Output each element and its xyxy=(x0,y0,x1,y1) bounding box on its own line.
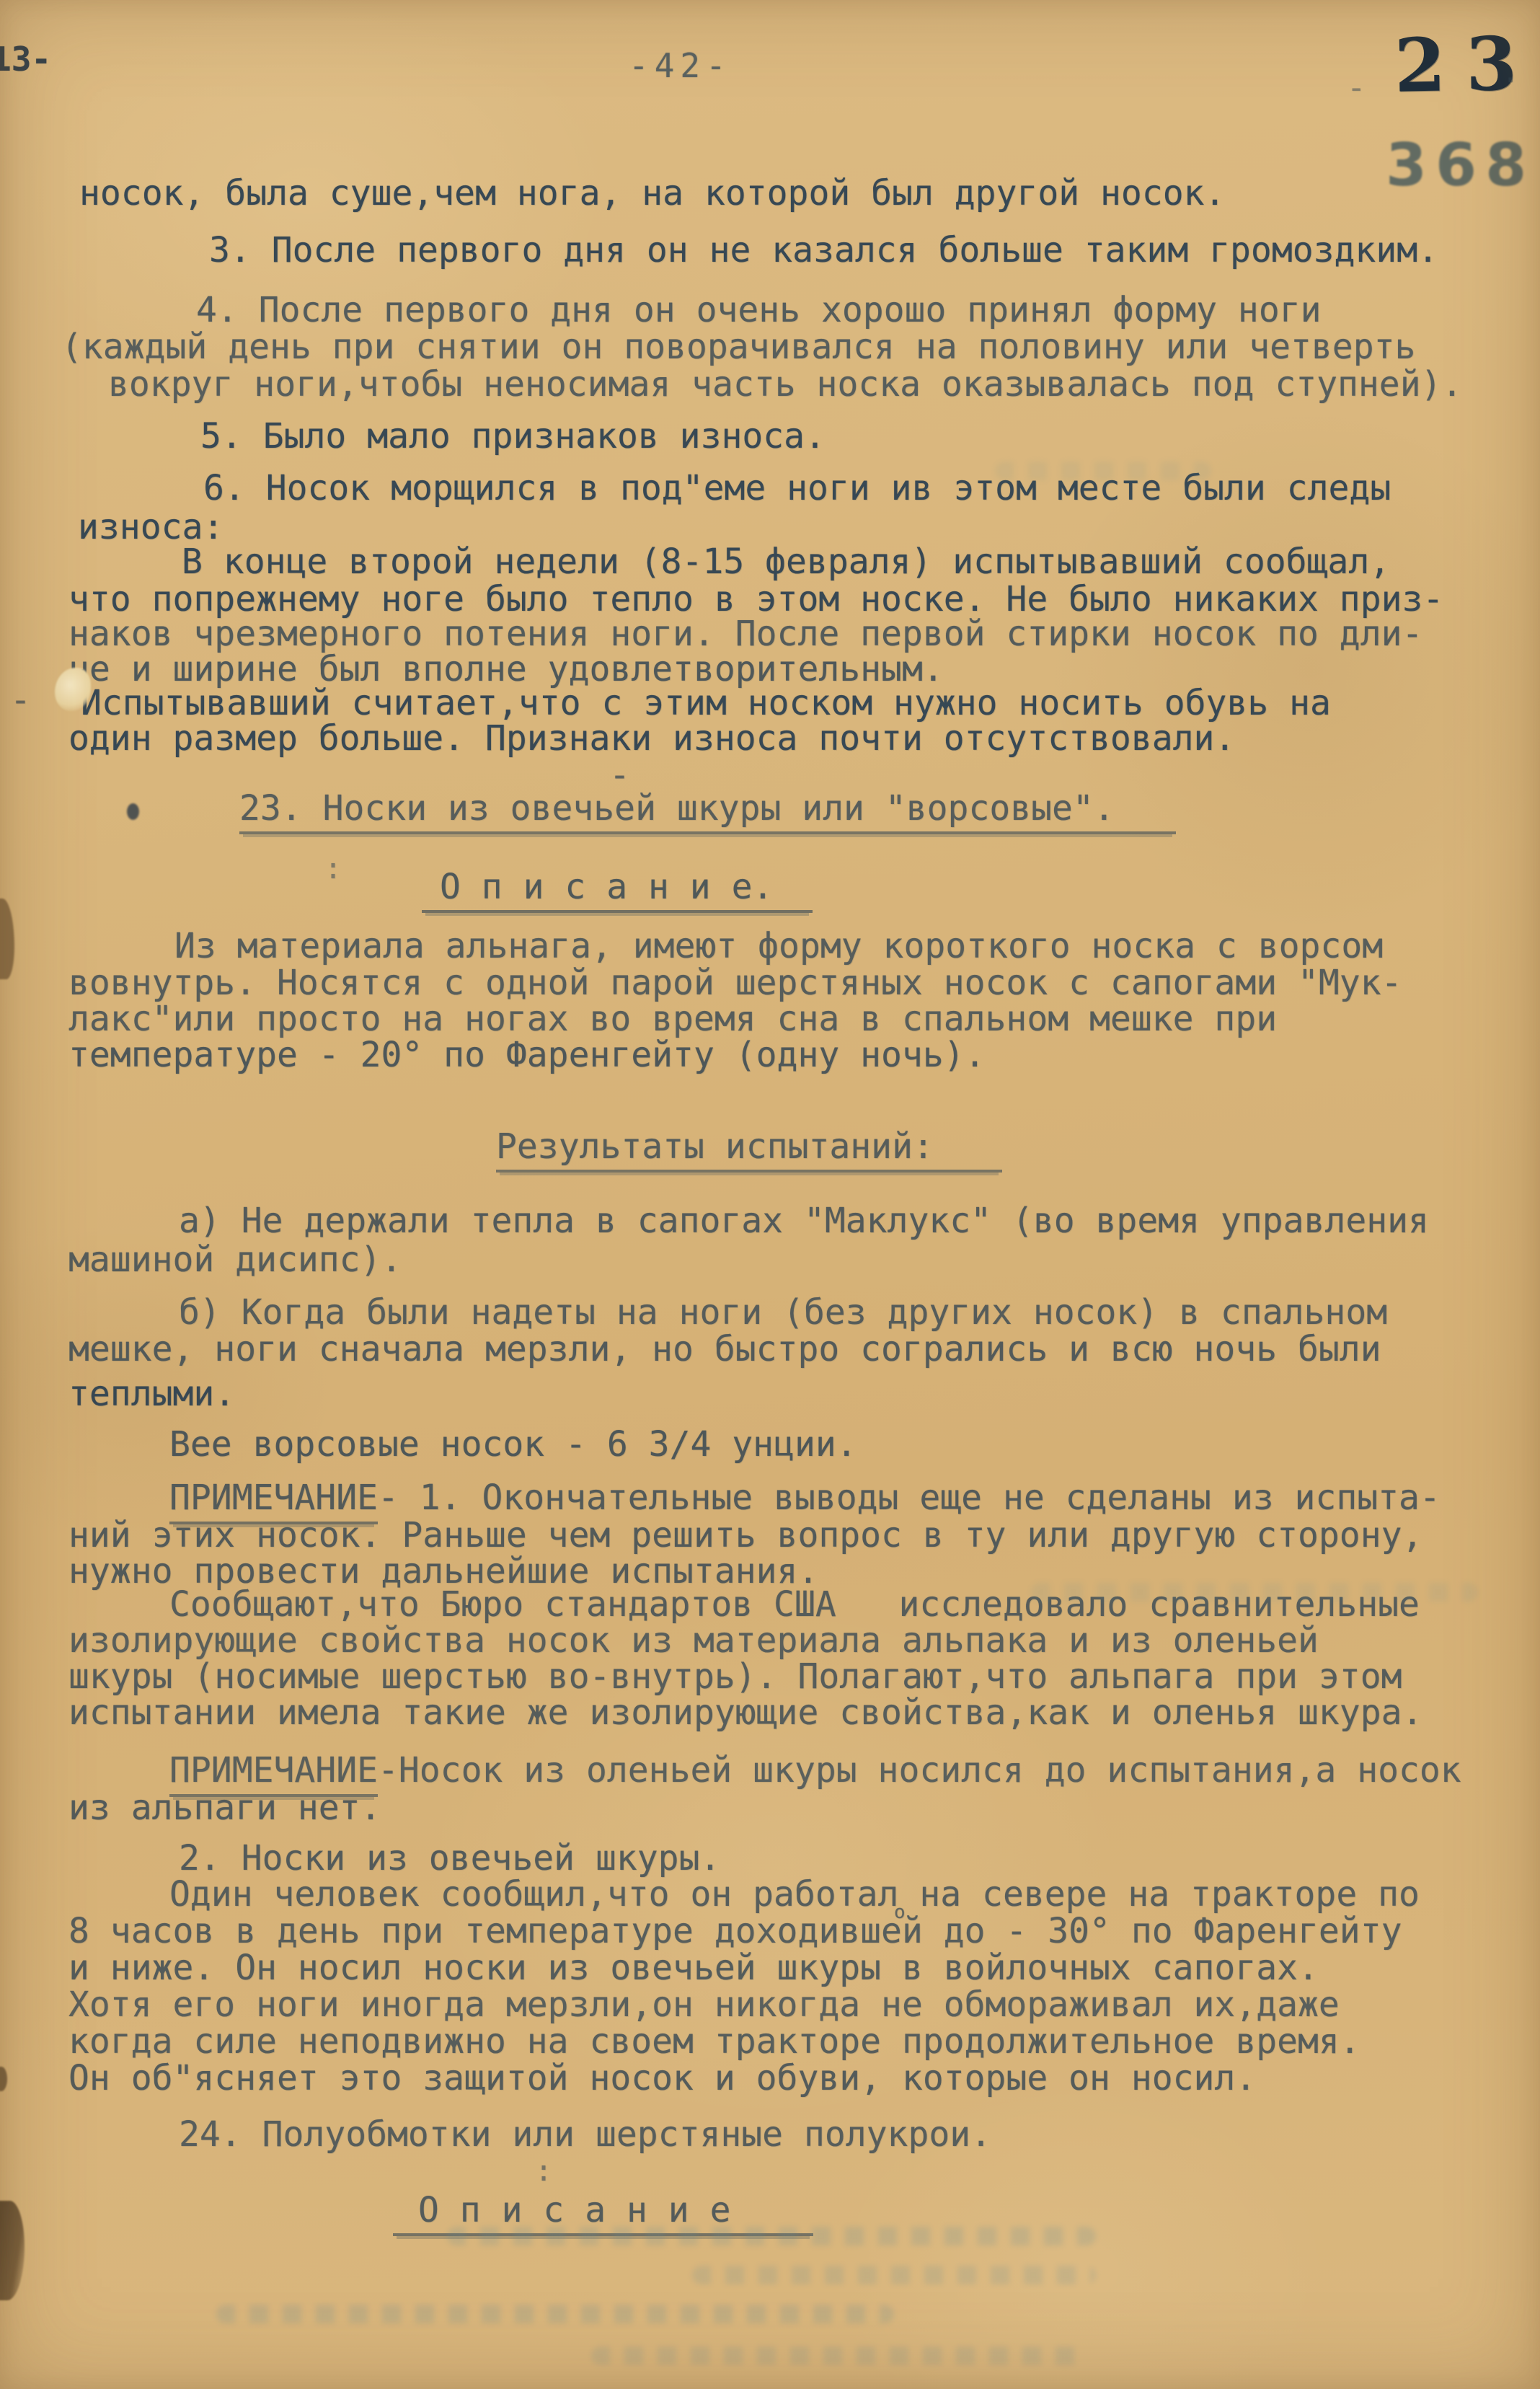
text-line: наков чрезмерного потения ноги. После пе… xyxy=(68,616,1422,653)
text-line: : xyxy=(535,2156,552,2187)
bleed-through-text xyxy=(216,2305,894,2323)
text-line: шкуры (носимые шерстью во-внутрь). Полаг… xyxy=(68,1659,1402,1696)
text-line: вокруг ноги,чтобы неносимая часть носка … xyxy=(108,366,1462,404)
text-line: из альпаги нет. xyxy=(68,1790,381,1827)
text-line: а) Не держали тепла в сапогах "Маклукс" … xyxy=(179,1203,1429,1240)
text-line: и ниже. Он носил носки из овечьей шкуры … xyxy=(68,1950,1319,1987)
text-line: когда силе неподвижно на своем тракторе … xyxy=(68,2023,1360,2061)
text-line: один размер больше. Признаки износа почт… xyxy=(68,720,1235,758)
text-line: ПРИМЕЧАНИЕ-Носок из оленьей шкуры носилс… xyxy=(169,1752,1461,1790)
text-line: : xyxy=(324,854,342,885)
text-line: испытании имела такие же изолирующие сво… xyxy=(68,1695,1422,1732)
text-line: 5. Было мало признаков износа. xyxy=(200,418,826,456)
text-line: Вее ворсовые носок - 6 3/4 унции. xyxy=(169,1426,857,1464)
torn-edge xyxy=(0,898,14,979)
text-line: Хотя его ноги иногда мерзли,он никогда н… xyxy=(68,1987,1340,2024)
bleed-through-text xyxy=(591,2346,1081,2365)
text-line: 8 часов в день при температуре доходивше… xyxy=(68,1913,1402,1951)
text-line: изолирующие свойства носок из материала … xyxy=(68,1622,1319,1660)
text-line: вовнутрь. Носятся с одной парой шерстяны… xyxy=(68,965,1402,1002)
text-line: носок, была суше,чем нога, на которой бы… xyxy=(79,175,1225,213)
text-line: Результаты испытаний: xyxy=(496,1129,1002,1173)
text-line: лакс"или просто на ногах во время сна в … xyxy=(68,1001,1277,1038)
text-line: температуре - 20° по Фаренгейту (одну но… xyxy=(68,1037,986,1074)
bleed-through-text xyxy=(692,2266,1096,2284)
text-line: О п и с а н и е. xyxy=(422,869,813,913)
text-line: 4. После первого дня он очень хорошо при… xyxy=(196,292,1322,330)
text-line: 3. После первого дня он не казался больш… xyxy=(209,232,1438,270)
text-line: 24. Полуобмотки или шерстяные полукрои. xyxy=(179,2116,991,2154)
text-line: О п и с а н и е xyxy=(393,2192,813,2236)
text-line: Испытывавший считает,что с этим носком н… xyxy=(81,685,1331,723)
text-line: В конце второй недели (8-15 февраля) исп… xyxy=(182,544,1390,581)
text-line: · xyxy=(1501,63,1521,98)
document-page: 13- -42- 23 368 носок, была суше,чем ног… xyxy=(0,0,1540,2389)
page-number: -42- xyxy=(629,46,732,85)
text-line: (каждый день при снятии он поворачивался… xyxy=(61,329,1415,366)
ink-blot xyxy=(127,803,139,820)
text-line: б) Когда были надеты на ноги (без других… xyxy=(179,1294,1387,1332)
text-line: Сообщают,что Бюро стандартов США исследо… xyxy=(169,1586,1420,1624)
stamp-number: 368 xyxy=(1386,131,1535,200)
text-line: Один человек сообщил,что он работал на с… xyxy=(169,1876,1420,1914)
text-line: мешке, ноги сначала мерзли, но быстро со… xyxy=(68,1331,1381,1369)
text-line: ний этих носок. Раньше чем решить вопрос… xyxy=(68,1517,1422,1555)
text-line: 23. Носки из овечьей шкуры или "ворсовые… xyxy=(239,790,1176,834)
text-line: 2. Носки из овечьей шкуры. xyxy=(179,1840,720,1878)
text-line: - xyxy=(1347,71,1366,105)
corner-note: 13- xyxy=(0,40,51,79)
text-line: Из материала альнага, имеют форму коротк… xyxy=(174,928,1383,966)
torn-edge xyxy=(0,2067,7,2091)
text-line: ПРИМЕЧАНИЕ- 1. Окончательные выводы еще … xyxy=(169,1480,1441,1517)
text-line: - xyxy=(10,682,31,720)
text-line: 6. Носок морщился в под"еме ноги ив этом… xyxy=(203,470,1391,508)
text-line: Он об"ясняет это защитой носок и обуви, … xyxy=(68,2060,1256,2098)
torn-edge xyxy=(0,2201,25,2300)
text-line: теплыми. xyxy=(68,1376,235,1413)
text-line: машиной дисипс). xyxy=(68,1242,402,1279)
